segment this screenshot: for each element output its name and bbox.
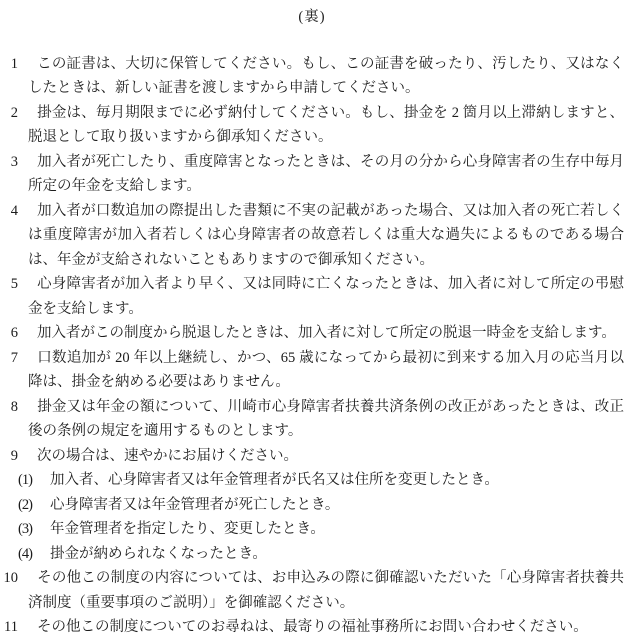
item-text: 心身障害者が加入者より早く、又は同時に亡くなったときは、加入者に対して所定の弔慰… [28,276,624,317]
item-text: その他この制度についてのお尋ねは、最寄りの福祉事務所にお問い合わせください。 [37,619,588,635]
sub-list-item: (2)心身障害者又は年金管理者が死亡したとき。 [0,493,624,518]
sub-list-item: (3)年金管理者を指定したり、変更したとき。 [0,517,624,542]
subitem-text: 掛金が納められなくなったとき。 [50,546,267,562]
item-text: 加入者が口数追加の際提出した書類に不実の記載があった場合、又は加入者の死亡若しく… [28,203,624,268]
list-item: 7口数追加が 20 年以上継続し、かつ、65 歳になってから最初に到来する加入月… [0,346,624,395]
list-item: 11その他この制度についてのお尋ねは、最寄りの福祉事務所にお問い合わせください。 [0,615,624,639]
item-number: 6 [0,321,37,346]
list-item: 9次の場合は、速やかにお届けください。 [0,444,624,469]
item-number: 8 [0,395,37,420]
list-item: 2掛金は、毎月期限までに必ず納付してください。もし、掛金を 2 箇月以上滞納しま… [0,101,624,150]
item-text: その他この制度の内容については、お申込みの際に御確認いただいた「心身障害者扶養共… [28,570,624,611]
list-item: 3加入者が死亡したり、重度障害となったときは、その月の分から心身障害者の生存中毎… [0,150,624,199]
item-number: 9 [0,444,37,469]
item-text: 加入者がこの制度から脱退したときは、加入者に対して所定の脱退一時金を支給します。 [37,325,616,341]
list-item: 5心身障害者が加入者より早く、又は同時に亡くなったときは、加入者に対して所定の弔… [0,272,624,321]
page-title: (裏) [0,5,624,30]
sub-list-item: (4)掛金が納められなくなったとき。 [0,542,624,567]
item-number: 7 [0,346,37,371]
subitem-marker: (1) [18,468,50,493]
item-text: 加入者が死亡したり、重度障害となったときは、その月の分から心身障害者の生存中毎月… [28,154,624,195]
item-number: 4 [0,199,37,224]
item-number: 1 [0,52,37,77]
item-number: 3 [0,150,37,175]
subitem-marker: (4) [18,542,50,567]
item-number: 11 [0,615,37,639]
item-number: 2 [0,101,37,126]
subitem-text: 加入者、心身障害者又は年金管理者が氏名又は住所を変更したとき。 [50,472,499,488]
item-number: 10 [0,566,37,591]
item-text: 口数追加が 20 年以上継続し、かつ、65 歳になってから最初に到来する加入月の… [28,350,624,391]
sub-list-item: (1)加入者、心身障害者又は年金管理者が氏名又は住所を変更したとき。 [0,468,624,493]
list-item: 8掛金又は年金の額について、川崎市心身障害者扶養共済条例の改正があったときは、改… [0,395,624,444]
subitem-marker: (3) [18,517,50,542]
subitem-text: 心身障害者又は年金管理者が死亡したとき。 [50,497,339,513]
item-text: 掛金又は年金の額について、川崎市心身障害者扶養共済条例の改正があったときは、改正… [28,399,624,440]
list-item: 4加入者が口数追加の際提出した書類に不実の記載があった場合、又は加入者の死亡若し… [0,199,624,273]
list-item: 6加入者がこの制度から脱退したときは、加入者に対して所定の脱退一時金を支給します… [0,321,624,346]
item-text: この証書は、大切に保管してください。もし、この証書を破ったり、汚したり、又はなく… [28,56,624,97]
item-text: 掛金は、毎月期限までに必ず納付してください。もし、掛金を 2 箇月以上滞納します… [28,105,624,146]
subitem-marker: (2) [18,493,50,518]
document-page: (裏) 1この証書は、大切に保管してください。もし、この証書を破ったり、汚したり… [0,0,632,639]
list-item: 1この証書は、大切に保管してください。もし、この証書を破ったり、汚したり、又はな… [0,52,624,101]
subitem-text: 年金管理者を指定したり、変更したとき。 [50,521,325,537]
item-number: 5 [0,272,37,297]
list-item: 10その他この制度の内容については、お申込みの際に御確認いただいた「心身障害者扶… [0,566,624,615]
item-text: 次の場合は、速やかにお届けください。 [37,448,298,464]
